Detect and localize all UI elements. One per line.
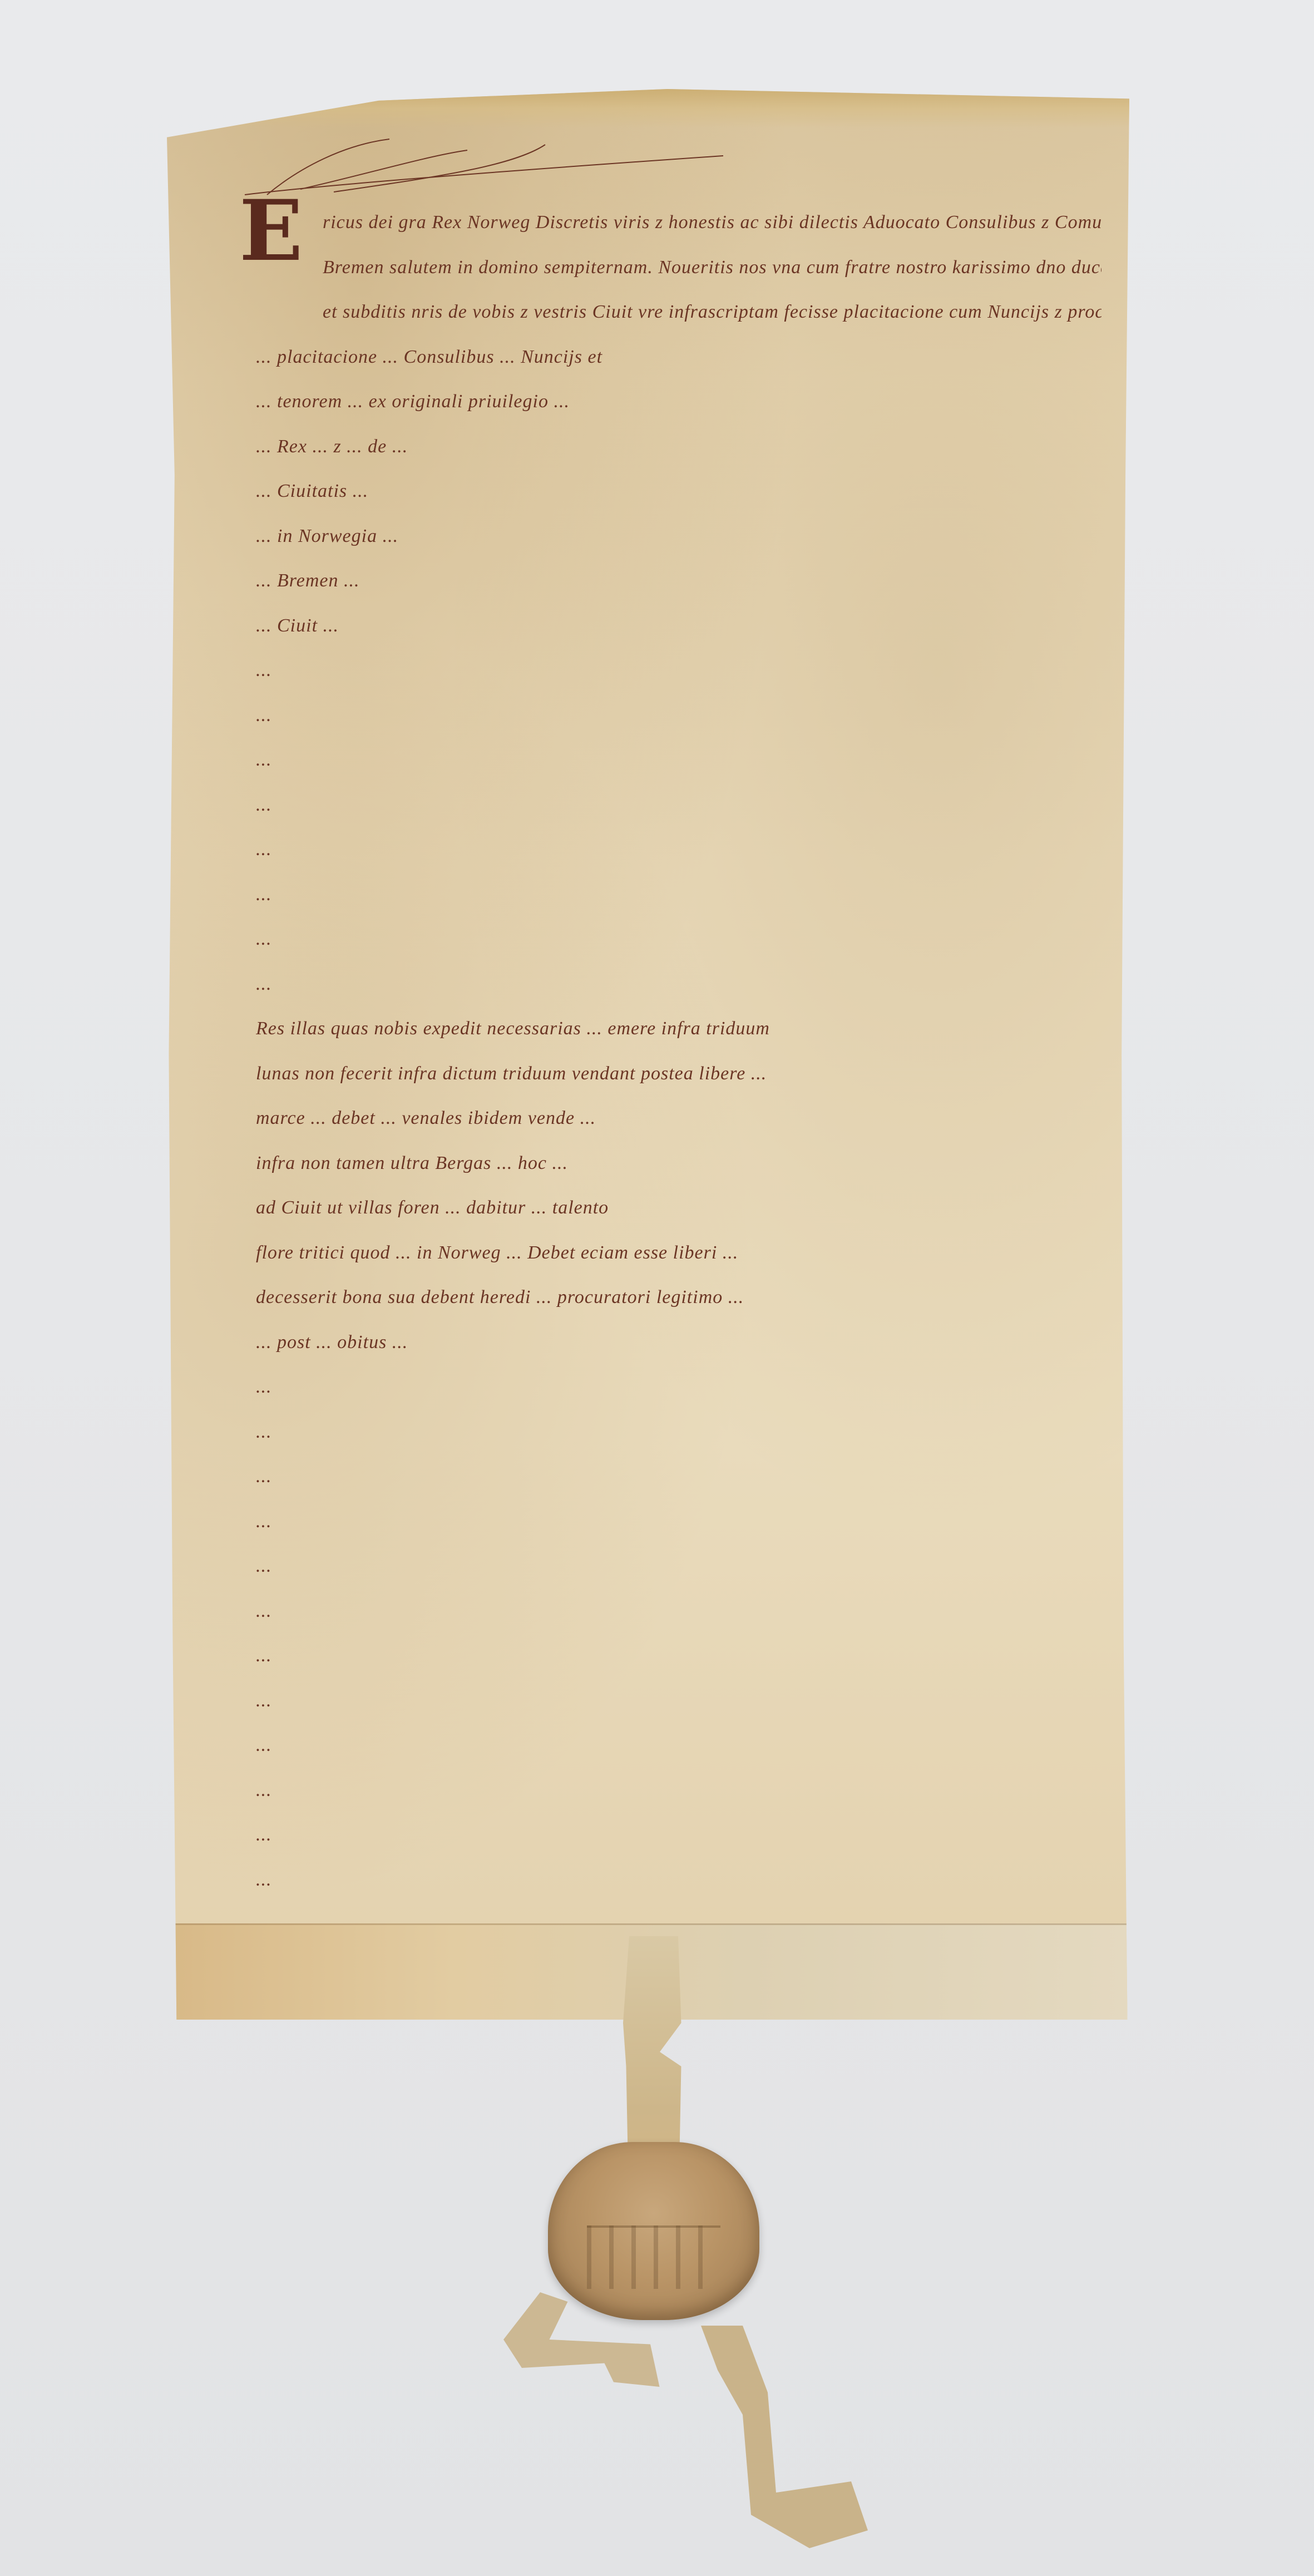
text-line: ... Bremen ... — [256, 559, 1101, 604]
text-line: ... — [256, 962, 1101, 1007]
text-line: ... — [256, 1768, 1101, 1813]
initial-flourish-decoration — [234, 134, 734, 200]
decorated-initial: E — [239, 189, 303, 273]
text-line: ... — [256, 1858, 1101, 1903]
text-line: ... — [256, 1813, 1101, 1858]
text-line: ... Ciuit ... — [256, 604, 1101, 649]
text-line: ... — [256, 917, 1101, 962]
seal-tag-end-right — [701, 2326, 868, 2548]
text-line: ... — [256, 827, 1101, 872]
text-line: ... tenorem ... ex originali priuilegio … — [256, 379, 1101, 425]
seal-relief-figures — [587, 2225, 720, 2289]
text-line: decesserit bona sua debent heredi ... pr… — [256, 1275, 1101, 1320]
text-line: flore tritici quod ... in Norweg ... Deb… — [256, 1231, 1101, 1276]
text-line: ... post ... obitus ... — [256, 1320, 1101, 1365]
text-line: ... — [256, 1634, 1101, 1679]
text-line: ... — [256, 1723, 1101, 1768]
wax-seal — [548, 2142, 759, 2320]
text-line: marce ... debet ... venales ibidem vende… — [256, 1096, 1101, 1141]
text-line: ... Rex ... z ... de ... — [256, 425, 1101, 470]
text-line: ... — [256, 783, 1101, 828]
text-line: ... Ciuitatis ... — [256, 469, 1101, 514]
charter-parchment: E ricus dei gra Rex Norweg Discretis vir… — [167, 89, 1129, 2020]
text-line: Bremen salutem in domino sempiternam. No… — [256, 245, 1101, 290]
text-line: ... — [256, 738, 1101, 783]
text-line: ... in Norwegia ... — [256, 514, 1101, 559]
text-line: ... — [256, 1589, 1101, 1634]
text-line: ... — [256, 648, 1101, 693]
text-line: ... — [256, 1679, 1101, 1724]
text-line: lunas non fecerit infra dictum triduum v… — [256, 1052, 1101, 1097]
text-line: Res illas quas nobis expedit necessarias… — [256, 1006, 1101, 1052]
rolled-top-edge — [167, 89, 1129, 128]
text-line: ... placitacione ... Consulibus ... Nunc… — [256, 335, 1101, 380]
text-line: ... — [256, 693, 1101, 738]
text-line: ... — [256, 1410, 1101, 1455]
text-line: ... — [256, 1544, 1101, 1589]
text-line: ... — [256, 1365, 1101, 1410]
text-line: ... — [256, 872, 1101, 917]
text-line: ... — [256, 1454, 1101, 1499]
text-line: Anno vero regni nri Quintodecimo — [256, 2485, 1101, 2530]
text-line: infra non tamen ultra Bergas ... hoc ... — [256, 1141, 1101, 1186]
text-line: ad Ciuit ut villas foren ... dabitur ...… — [256, 1186, 1101, 1231]
text-line: supius declaratis vos pacifice z incolas… — [256, 2395, 1101, 2440]
text-line: ... — [256, 1499, 1101, 1544]
text-line: et subditis nris de vobis z vestris Ciui… — [256, 290, 1101, 335]
text-line: ricus dei gra Rex Norweg Discretis viris… — [256, 200, 1101, 245]
text-line: pleniorem sigillum nrm presentibus est a… — [256, 2440, 1101, 2485]
text-line: nris fauctoribz ab incolis dicte Ciuit i… — [256, 2350, 1101, 2395]
